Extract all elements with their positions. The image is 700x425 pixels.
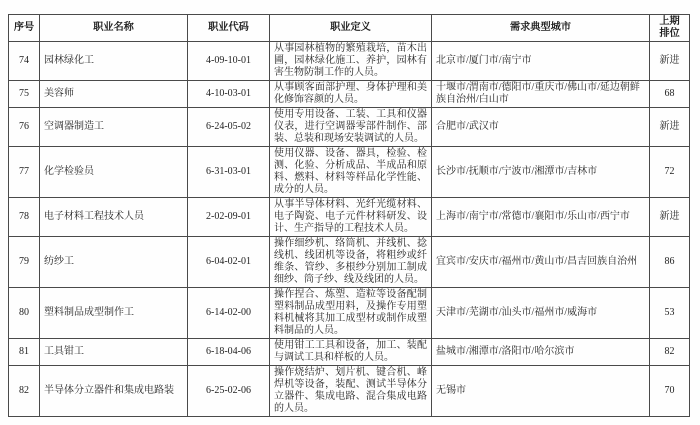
header-occupation-name: 职业名称 [40,15,188,42]
cell-occupation-definition: 使用仪器、设备、器具，检验、检测、化验、分析成品、半成品和原料、燃料、材料等样品… [270,147,432,198]
cell-occupation-name: 园林绿化工 [40,42,188,81]
cell-serial-number: 81 [9,339,40,366]
table-row: 76 空调器制造工 6-24-05-02 使用专用设备、工装、工具和仪器仪表，进… [9,108,690,147]
cell-serial-number: 74 [9,42,40,81]
cell-demand-cities: 上海市/南宁市/常德市/襄阳市/乐山市/西宁市 [432,198,650,237]
cell-occupation-name: 美容师 [40,81,188,108]
cell-previous-rank: 68 [650,81,690,108]
cell-previous-rank: 新进 [650,42,690,81]
cell-demand-cities: 宜宾市/安庆市/福州市/黄山市/昌吉回族自治州 [432,237,650,288]
cell-previous-rank: 新进 [650,108,690,147]
table-row: 81 工具钳工 6-18-04-06 使用钳工工具和设备，加工、装配与调试工具和… [9,339,690,366]
cell-serial-number: 82 [9,366,40,417]
cell-previous-rank: 70 [650,366,690,417]
cell-occupation-code: 2-02-09-01 [188,198,270,237]
table-row: 80 塑料制品成型制作工 6-14-02-00 操作捏合、炼塑、造粒等设备配制塑… [9,288,690,339]
cell-demand-cities: 长沙市/抚顺市/宁波市/湘潭市/吉林市 [432,147,650,198]
header-serial-number: 序号 [9,15,40,42]
cell-occupation-definition: 操作烧结炉、划片机、键合机、峰焊机等设备，装配、测试半导体分立器件、集成电路、混… [270,366,432,417]
cell-occupation-definition: 使用钳工工具和设备，加工、装配与调试工具和样板的人员。 [270,339,432,366]
table-row: 82 半导体分立器件和集成电路装 6-25-02-06 操作烧结炉、划片机、键合… [9,366,690,417]
cell-occupation-definition: 从事顾客面部护理、身体护理和美化修饰容颜的人员。 [270,81,432,108]
cell-demand-cities: 十堰市/渭南市/德阳市/重庆市/佛山市/延边朝鲜族自治州/白山市 [432,81,650,108]
cell-occupation-name: 电子材料工程技术人员 [40,198,188,237]
occupation-ranking-table: 序号 职业名称 职业代码 职业定义 需求典型城市 上期排位 74 园林绿化工 4… [8,14,690,417]
table-row: 79 纺纱工 6-04-02-01 操作细纱机、络筒机、并线机、捻线机、线团机等… [9,237,690,288]
table-header: 序号 职业名称 职业代码 职业定义 需求典型城市 上期排位 [9,15,690,42]
cell-previous-rank: 82 [650,339,690,366]
cell-occupation-code: 6-31-03-01 [188,147,270,198]
cell-occupation-code: 6-24-05-02 [188,108,270,147]
cell-previous-rank: 53 [650,288,690,339]
cell-serial-number: 78 [9,198,40,237]
table-row: 77 化学检验员 6-31-03-01 使用仪器、设备、器具，检验、检测、化验、… [9,147,690,198]
header-occupation-code: 职业代码 [188,15,270,42]
cell-serial-number: 76 [9,108,40,147]
cell-occupation-code: 6-25-02-06 [188,366,270,417]
document-page: 序号 职业名称 职业代码 职业定义 需求典型城市 上期排位 74 园林绿化工 4… [0,0,700,425]
cell-occupation-name: 工具钳工 [40,339,188,366]
cell-demand-cities: 合肥市/武汉市 [432,108,650,147]
cell-serial-number: 75 [9,81,40,108]
cell-occupation-name: 塑料制品成型制作工 [40,288,188,339]
cell-occupation-definition: 操作捏合、炼塑、造粒等设备配制塑料制品成型用料，及操作专用塑料机械将其加工成型材… [270,288,432,339]
cell-occupation-code: 4-10-03-01 [188,81,270,108]
cell-occupation-name: 化学检验员 [40,147,188,198]
cell-previous-rank: 新进 [650,198,690,237]
cell-demand-cities: 盐城市/湘潭市/洛阳市/哈尔滨市 [432,339,650,366]
cell-occupation-name: 空调器制造工 [40,108,188,147]
table-body: 74 园林绿化工 4-09-10-01 从事园林植物的繁殖栽培，苗木出圃，园林绿… [9,42,690,417]
cell-occupation-name: 半导体分立器件和集成电路装 [40,366,188,417]
header-row: 序号 职业名称 职业代码 职业定义 需求典型城市 上期排位 [9,15,690,42]
cell-occupation-definition: 使用专用设备、工装、工具和仪器仪表，进行空调器零部件制作、部装、总装和现场安装调… [270,108,432,147]
cell-serial-number: 77 [9,147,40,198]
cell-previous-rank: 86 [650,237,690,288]
cell-previous-rank: 72 [650,147,690,198]
cell-occupation-code: 4-09-10-01 [188,42,270,81]
cell-occupation-name: 纺纱工 [40,237,188,288]
cell-occupation-code: 6-18-04-06 [188,339,270,366]
cell-serial-number: 79 [9,237,40,288]
cell-occupation-definition: 操作细纱机、络筒机、并线机、捻线机、线团机等设备，将粗纱或纤维条、管纱、多根纱分… [270,237,432,288]
table-row: 74 园林绿化工 4-09-10-01 从事园林植物的繁殖栽培，苗木出圃，园林绿… [9,42,690,81]
cell-occupation-definition: 从事半导体材料、光纤光缆材料、电子陶瓷、电子元件材料研发、设计、生产指导的工程技… [270,198,432,237]
cell-demand-cities: 天津市/芜湖市/汕头市/福州市/威海市 [432,288,650,339]
header-occupation-definition: 职业定义 [270,15,432,42]
cell-serial-number: 80 [9,288,40,339]
cell-demand-cities: 北京市/厦门市/南宁市 [432,42,650,81]
cell-occupation-code: 6-04-02-01 [188,237,270,288]
cell-occupation-definition: 从事园林植物的繁殖栽培，苗木出圃，园林绿化施工、养护，园林有害生物防制工作的人员… [270,42,432,81]
cell-demand-cities: 无锡市 [432,366,650,417]
table-row: 75 美容师 4-10-03-01 从事顾客面部护理、身体护理和美化修饰容颜的人… [9,81,690,108]
header-previous-rank: 上期排位 [650,15,690,42]
cell-occupation-code: 6-14-02-00 [188,288,270,339]
header-demand-cities: 需求典型城市 [432,15,650,42]
table-row: 78 电子材料工程技术人员 2-02-09-01 从事半导体材料、光纤光缆材料、… [9,198,690,237]
